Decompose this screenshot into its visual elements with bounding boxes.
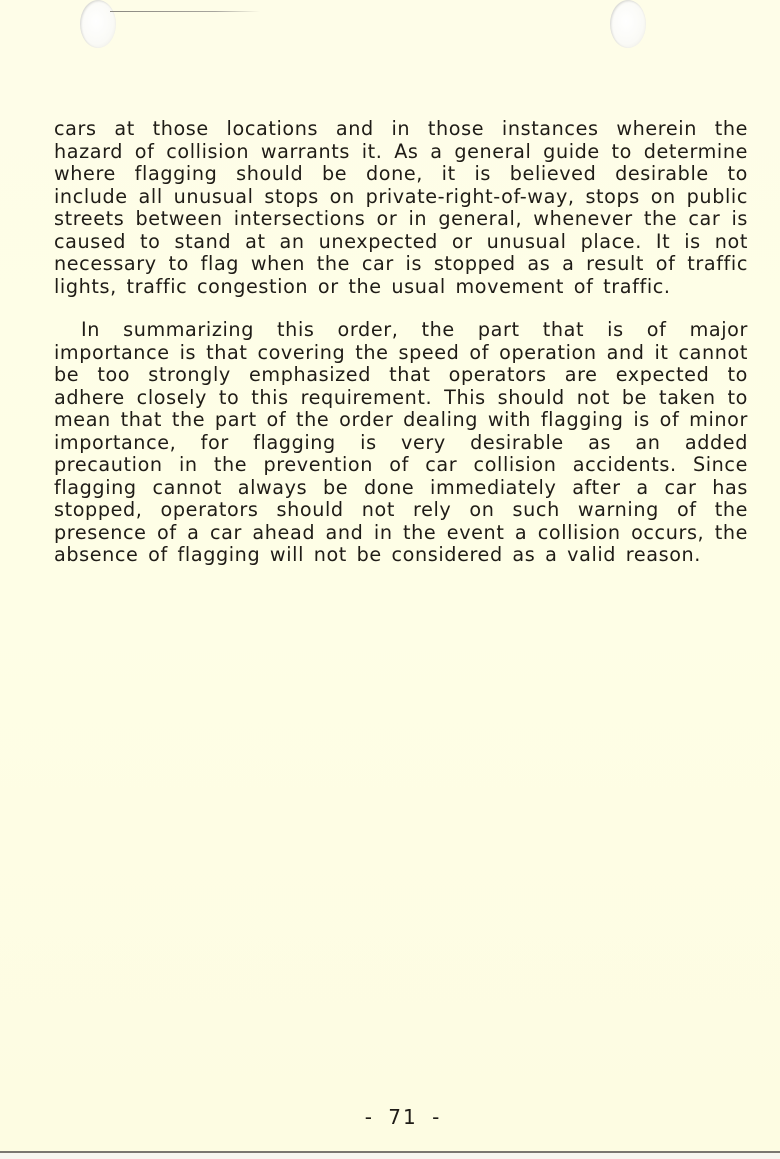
document-page: cars at those locations and in those ins… (0, 0, 780, 1151)
scan-background (0, 1153, 780, 1159)
body-text: cars at those locations and in those ins… (54, 118, 748, 567)
punch-hole-left (80, 0, 116, 48)
punch-hole-right (610, 0, 646, 48)
paper-tear-line (110, 11, 260, 12)
paragraph-flagging-continued: cars at those locations and in those ins… (54, 118, 748, 298)
paragraph-summary: In summarizing this order, the part that… (54, 319, 748, 567)
page-number: - 71 - (0, 1105, 780, 1129)
